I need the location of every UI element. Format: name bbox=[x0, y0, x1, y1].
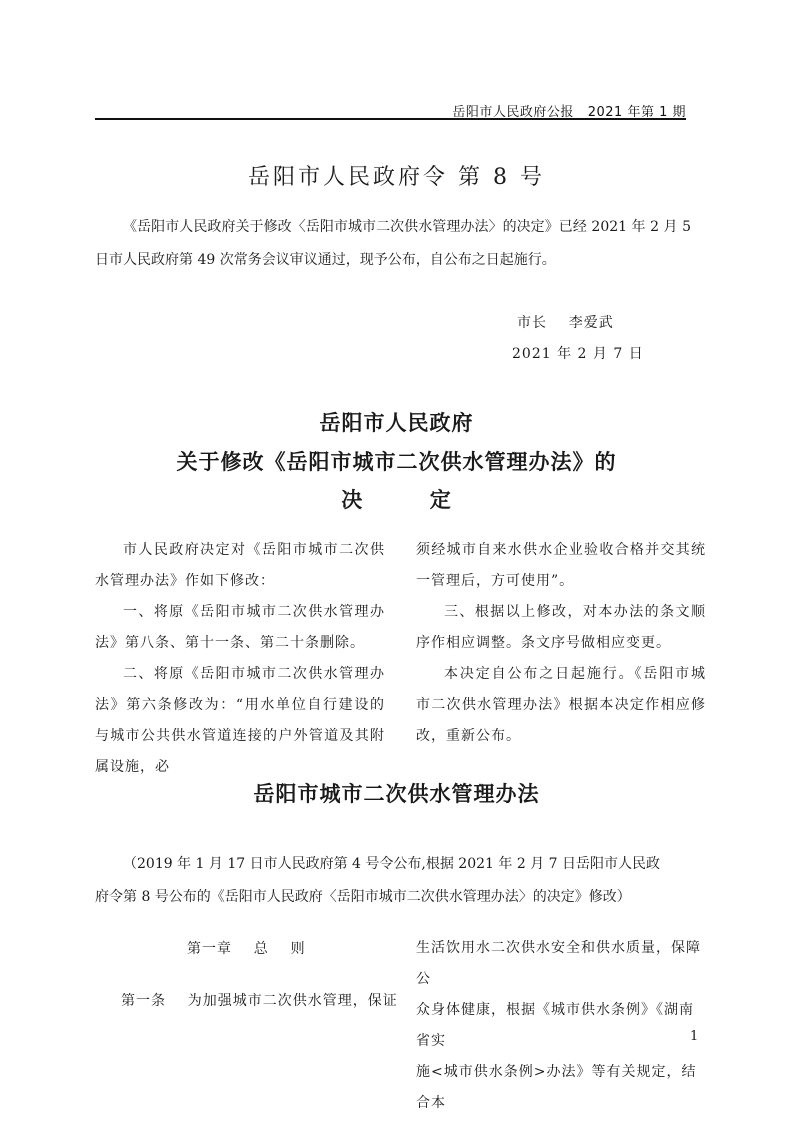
chapter-heading: 第一章 总 则 bbox=[187, 938, 306, 958]
decision-paragraph: 本决定自公布之日起施行。《岳阳市城市二次供水管理办法》根据本决定作相应修改，重新… bbox=[416, 659, 706, 752]
regulation-line: 生活饮用水二次供水安全和供水质量，保障公 bbox=[416, 933, 706, 995]
decision-left-column: 市人民政府决定对《岳阳市城市二次供水管理办法》作如下修改： 一、将原《岳阳市城市… bbox=[95, 535, 385, 783]
decision-paragraph: 须经城市自来水供水企业验收合格并交其统一管理后，方可使用”。 bbox=[416, 535, 706, 597]
page-number: 1 bbox=[690, 1029, 698, 1044]
regulation-right-column: 生活饮用水二次供水安全和供水质量，保障公 众身体健康，根据《城市供水条例》《湖南… bbox=[416, 933, 706, 1119]
order-body-text: 《岳阳市人民政府关于修改〈岳阳市城市二次供水管理办法〉的决定》已经 2021 年… bbox=[95, 219, 691, 268]
regulation-line: 众身体健康，根据《城市供水条例》《湖南省实 bbox=[416, 995, 706, 1057]
signature-mayor: 市长 李爱武 bbox=[517, 312, 614, 332]
regulation-note: （2019 年 1 月 17 日市人民政府第 4 号令公布,根据 2021 年 … bbox=[95, 848, 697, 914]
decision-paragraph: 市人民政府决定对《岳阳市城市二次供水管理办法》作如下修改： bbox=[95, 535, 385, 597]
decision-title-line-3: 决 定 bbox=[0, 484, 793, 514]
signature-date: 2021 年 2 月 7 日 bbox=[512, 343, 644, 363]
decision-paragraph: 二、将原《岳阳市城市二次供水管理办法》第六条修改为：“用水单位自行建设的与城市公… bbox=[95, 659, 385, 783]
decision-right-column: 须经城市自来水供水企业验收合格并交其统一管理后，方可使用”。 三、根据以上修改，… bbox=[416, 535, 706, 752]
decision-paragraph: 一、将原《岳阳市城市二次供水管理办法》第八条、第十一条、第二十条删除。 bbox=[95, 597, 385, 659]
decision-title-line-1: 岳阳市人民政府 bbox=[0, 407, 793, 437]
article-1-start: 第一条 为加强城市二次供水管理，保证 bbox=[121, 990, 398, 1010]
decision-title-line-2: 关于修改《岳阳市城市二次供水管理办法》的 bbox=[0, 446, 793, 476]
regulation-line: 施<城市供水条例>办法》等有关规定，结合本 bbox=[416, 1057, 706, 1119]
regulation-note-line-2: 府令第 8 号公布的《岳阳市人民政府〈岳阳市城市二次供水管理办法〉的决定》修改） bbox=[95, 881, 697, 914]
order-body: 《岳阳市人民政府关于修改〈岳阳市城市二次供水管理办法〉的决定》已经 2021 年… bbox=[95, 211, 691, 277]
decision-paragraph: 三、根据以上修改，对本办法的条文顺序作相应调整。条文序号做相应变更。 bbox=[416, 597, 706, 659]
regulation-note-line-1: （2019 年 1 月 17 日市人民政府第 4 号令公布,根据 2021 年 … bbox=[95, 848, 697, 881]
header-rule bbox=[95, 118, 686, 120]
regulation-title: 岳阳市城市二次供水管理办法 bbox=[0, 778, 793, 808]
order-title: 岳阳市人民政府令 第 8 号 bbox=[0, 160, 793, 191]
